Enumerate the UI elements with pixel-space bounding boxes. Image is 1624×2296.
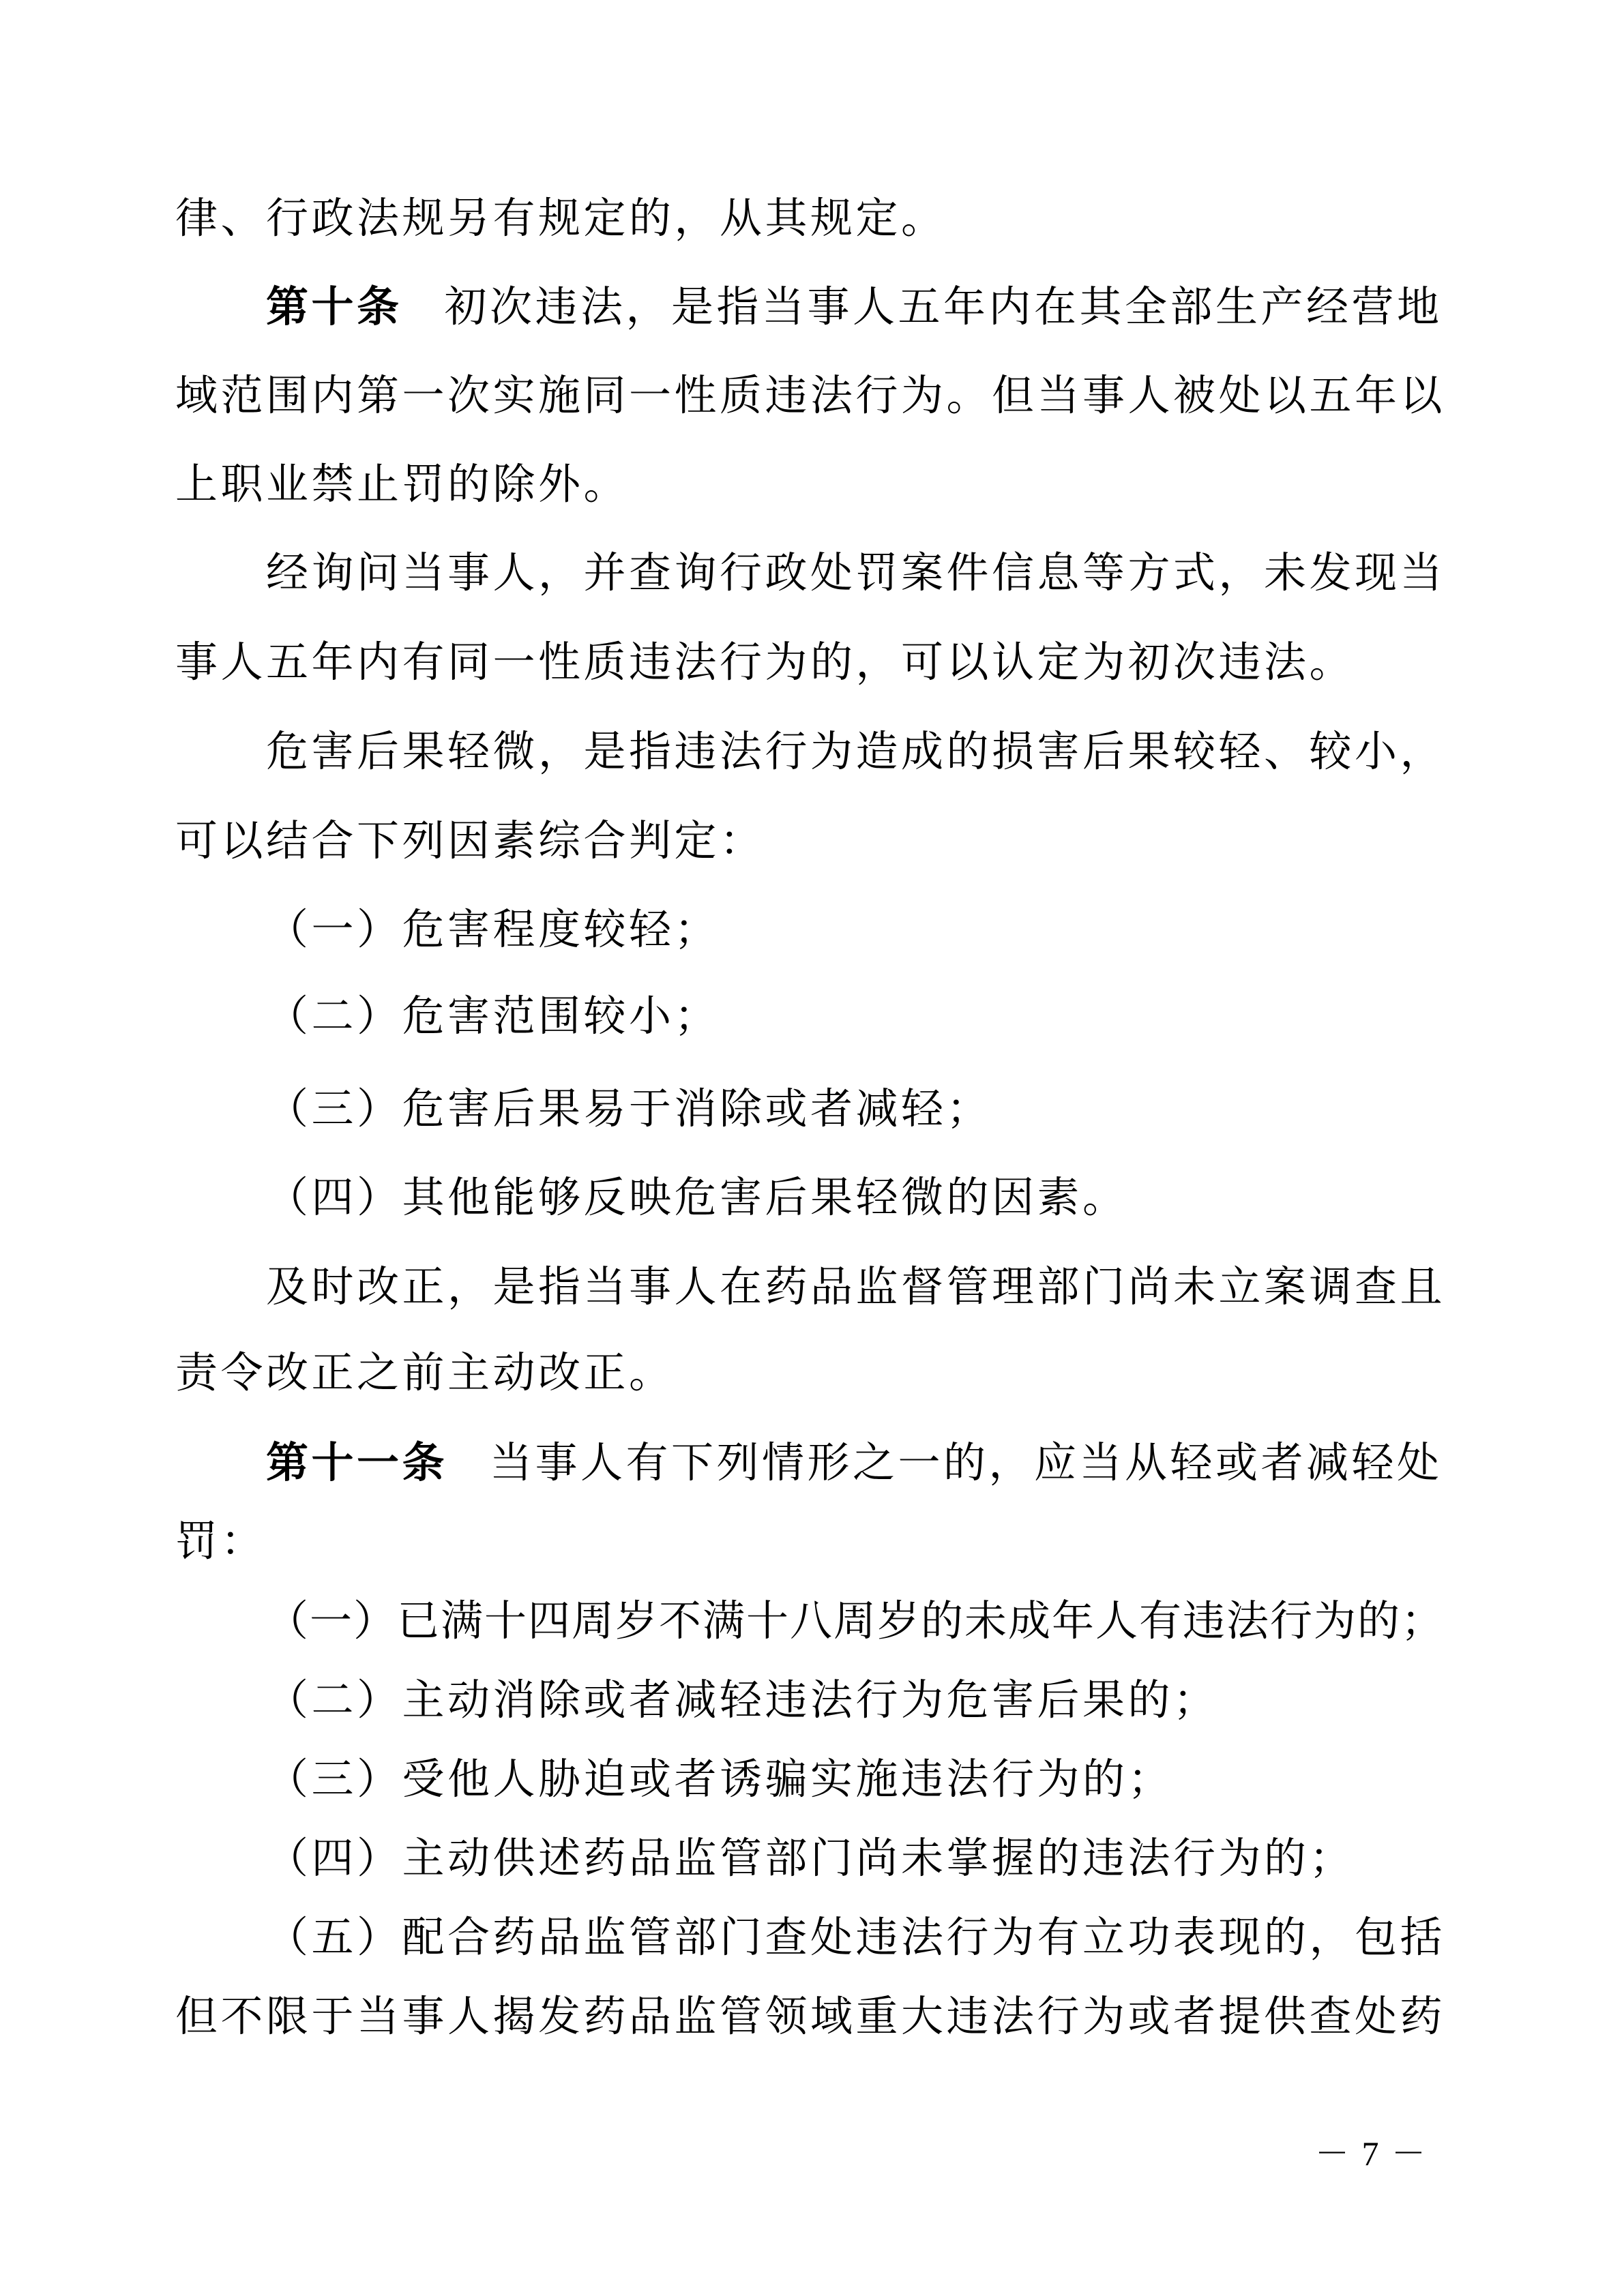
line-text: 律、行政法规另有规定的，从其规定。	[175, 196, 947, 242]
text-line: （五）配合药品监管部门查处违法行为有立功表现的，包括	[175, 1898, 1448, 1978]
text-line: （四）主动供述药品监管部门尚未掌握的违法行为的；	[175, 1819, 1448, 1898]
line-text: 罚：	[175, 1519, 266, 1565]
text-line: 但不限于当事人揭发药品监管领域重大违法行为或者提供查处药	[175, 1978, 1448, 2057]
article-number: 第十一条	[266, 1440, 447, 1487]
text-line: 责令改正之前主动改正。	[175, 1329, 1448, 1418]
text-line: 及时改正，是指当事人在药品监督管理部门尚未立案调查且	[175, 1243, 1448, 1332]
text-line: （一）危害程度较轻；	[175, 886, 1448, 974]
line-text: 域范围内第一次实施同一性质违法行为。但当事人被处以五年以	[175, 373, 1445, 419]
text-line: 律、行政法规另有规定的，从其规定。	[175, 175, 1448, 263]
text-line: 罚：	[175, 1502, 1448, 1581]
text-line: （二）危害范围较小；	[175, 972, 1448, 1061]
line-text: （二）危害范围较小；	[266, 994, 720, 1040]
text-line: 危害后果轻微，是指违法行为造成的损害后果较轻、较小，	[175, 708, 1448, 796]
line-text: 经询问当事人，并查询行政处罚案件信息等方式，未发现当	[266, 550, 1445, 597]
line-text: 初次违法，是指当事人五年内在其全部生产经营地	[445, 284, 1443, 331]
line-text: （五）配合药品监管部门查处违法行为有立功表现的，包括	[266, 1915, 1445, 1961]
line-text: （三）危害后果易于消除或者减轻；	[266, 1086, 992, 1133]
line-text: 责令改正之前主动改正。	[175, 1350, 675, 1397]
line-text: （二）主动消除或者减轻违法行为危害后果的；	[266, 1678, 1219, 1724]
text-line: 事人五年内有同一性质违法行为的，可以认定为初次违法。	[175, 618, 1448, 707]
text-line: 域范围内第一次实施同一性质违法行为。但当事人被处以五年以	[175, 352, 1448, 441]
text-line: （三）危害后果易于消除或者减轻；	[175, 1065, 1448, 1154]
line-text: （一）已满十四周岁不满十八周岁的未成年人有违法行为的；	[266, 1598, 1445, 1645]
text-line: 第十条初次违法，是指当事人五年内在其全部生产经营地	[175, 263, 1448, 352]
line-text: （四）其他能够反映危害后果轻微的因素。	[266, 1175, 1128, 1221]
text-line: 上职业禁止罚的除外。	[175, 441, 1448, 529]
text-line: 可以结合下列因素综合判定：	[175, 797, 1448, 886]
text-line: 经询问当事人，并查询行政处罚案件信息等方式，未发现当	[175, 529, 1448, 618]
text-line: （三）受他人胁迫或者诱骗实施违法行为的；	[175, 1740, 1448, 1819]
text-line: 第十一条当事人有下列情形之一的，应当从轻或者减轻处	[175, 1419, 1448, 1508]
line-text: （一）危害程度较轻；	[266, 907, 720, 953]
line-text: 当事人有下列情形之一的，应当从轻或者减轻处	[490, 1440, 1443, 1487]
line-text: （四）主动供述药品监管部门尚未掌握的违法行为的；	[266, 1836, 1355, 1882]
line-text: 上职业禁止罚的除外。	[175, 462, 629, 508]
text-line: （一）已满十四周岁不满十八周岁的未成年人有违法行为的；	[175, 1582, 1448, 1661]
line-text: 但不限于当事人揭发药品监管领域重大违法行为或者提供查处药	[175, 1994, 1445, 2040]
document-page: 律、行政法规另有规定的，从其规定。 第十条初次违法，是指当事人五年内在其全部生产…	[0, 0, 1624, 2296]
article-number: 第十条	[266, 284, 402, 331]
line-text: 危害后果轻微，是指违法行为造成的损害后果较轻、较小，	[266, 729, 1445, 775]
line-text: （三）受他人胁迫或者诱骗实施违法行为的；	[266, 1757, 1173, 1803]
page-number: － 7 －	[1315, 2133, 1428, 2174]
line-text: 可以结合下列因素综合判定：	[175, 818, 765, 865]
line-text: 及时改正，是指当事人在药品监督管理部门尚未立案调查且	[266, 1264, 1445, 1311]
text-line: （四）其他能够反映危害后果轻微的因素。	[175, 1154, 1448, 1242]
text-line: （二）主动消除或者减轻违法行为危害后果的；	[175, 1661, 1448, 1740]
line-text: 事人五年内有同一性质违法行为的，可以认定为初次违法。	[175, 640, 1355, 686]
